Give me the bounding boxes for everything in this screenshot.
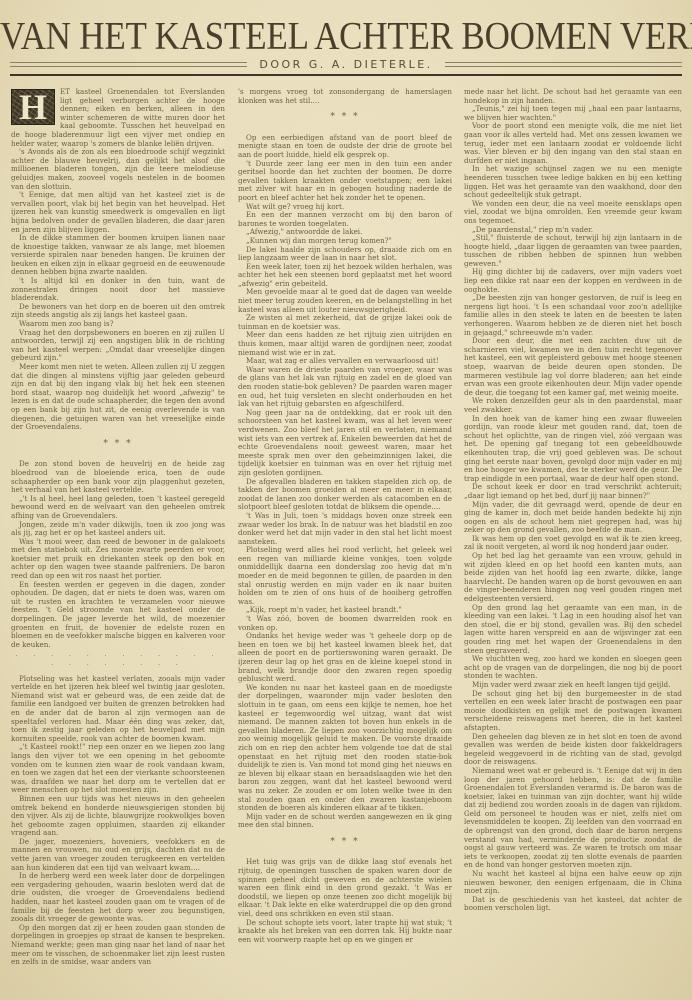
text-column-3: mede naar het licht. De schout had het g… [464, 88, 682, 913]
magazine-page: VAN HET KASTEEL ACHTER BOOMEN VERBORGEN.… [0, 0, 692, 1000]
paragraph: Op den grond lag het geraamte van een ma… [464, 604, 682, 656]
paragraph: In de dikke stammen der boomen kruipen l… [11, 234, 225, 277]
paragraph: Op den morgen dat zij er heen zouden gaa… [11, 924, 225, 967]
section-break-asterisks: * * * [238, 113, 452, 122]
paragraph: Dat is de geschiedenis van het kasteel, … [464, 896, 682, 913]
paragraph: De schout schopte iets voort, later trap… [238, 919, 452, 945]
paragraph: Op een eerbiedigen afstand van de poort … [238, 134, 452, 160]
paragraph: 't Duurde zeer lang eer men in den tuin … [238, 160, 452, 203]
section-break-asterisks: * * * [238, 838, 452, 847]
paragraph: Nu wacht het kasteel al bijna een halve … [464, 870, 682, 896]
byline-row: DOOR G. A. DIETERLE. [10, 56, 682, 72]
paragraph: Binnen een uur tijds was het nieuws in d… [11, 795, 225, 838]
paragraph: Hij ging dichter bij de cadavers, over m… [464, 268, 682, 294]
paragraph: We konden nu naar het kasteel gaan en de… [238, 684, 452, 813]
paragraph: De lakei haalde zijn schouders op, draai… [238, 246, 452, 263]
paragraph: Jongen, zeide m'n vader dikwijls, toen i… [11, 521, 225, 538]
author-byline: DOOR G. A. DIETERLE. [247, 58, 444, 71]
paragraph: Mijn vader, die dit gevraagd werd, opend… [464, 501, 682, 535]
paragraph: Ondanks het hevige weder was 't geheele … [238, 632, 452, 684]
paragraph: En feesten werden er gegeven in die dage… [11, 581, 225, 650]
paragraph: Op het bed lag het geraamte van een vrou… [464, 552, 682, 604]
paragraph: Waar waren de drieste paarden van vroege… [238, 366, 452, 409]
paragraph: Den geheelen dag bleven ze in het slot e… [464, 733, 682, 767]
paragraph: „Stil," fluisterde de schout, terwijl hi… [464, 234, 682, 268]
paragraph: De schout keek er door en trad verschrik… [464, 483, 682, 500]
paragraph: Nog geen jaar na de ontdekking, dat er r… [238, 409, 452, 478]
paragraph: Plotseling was het kasteel verlaten, zoo… [11, 675, 225, 744]
section-break-asterisks: * * * [11, 440, 225, 449]
byline-rule-right [445, 62, 682, 67]
paragraph: „De beesten zijn van honger gestorven, d… [464, 294, 682, 337]
paragraph: Vraag het den dorpsbewoners en boeren en… [11, 329, 225, 363]
paragraph: De afgevallen bladeren en takken stapeld… [238, 478, 452, 512]
paragraph: We roken denzelfden geur als in den paar… [464, 397, 682, 414]
paragraph: En een der mannen verzocht om bij den ba… [238, 211, 452, 228]
paragraph: 't Is altijd kil en donker in den tuin, … [11, 277, 225, 303]
paragraph: De bewoners van het dorp en de boeren ui… [11, 303, 225, 320]
paragraph: 's morgens vroeg tot zonsondergang de ha… [238, 88, 452, 105]
paragraph: We vluchtten weg, zoo hard we konden en … [464, 655, 682, 681]
paragraph: De jager, moezeniers, hoveniers, veefokk… [11, 838, 225, 872]
paragraph: 't Was in Juli, toen 's middags boven on… [238, 512, 452, 546]
paragraph: Plotseling werd alles hel rood verlicht,… [238, 546, 452, 606]
paragraph: 't Was zóó, boven de boomen dwarrelden r… [238, 615, 452, 632]
paragraph: „'t Is al heel, heel lang geleden, toen … [11, 495, 225, 521]
paragraph: Ze wisten al met zekerheid, dat de grijz… [238, 314, 452, 331]
paragraph: Een week later, toen zij het bezoek wild… [238, 263, 452, 289]
header-divider [10, 74, 682, 76]
text-column-2: 's morgens vroeg tot zonsondergang de ha… [238, 88, 452, 944]
paragraph: In de herberg werd een week later door d… [11, 872, 225, 924]
paragraph: De zon stond boven de heuvelrij en de he… [11, 460, 225, 494]
paragraph: Het tuig was grijs van de dikke laag sto… [238, 858, 452, 918]
paragraph: Men gevoelde maar al te goed dat de dage… [238, 288, 452, 314]
paragraph: „'t Kasteel rookt!" riep een onzer en we… [11, 743, 225, 795]
paragraph: mede naar het licht. De schout had het g… [464, 88, 682, 105]
paragraph: Meer komt men niet te weten. Alleen zull… [11, 363, 225, 432]
paragraph: We vonden een deur, die na veel moeite e… [464, 200, 682, 226]
paragraph: 's Avonds als de zon als een bloedroode … [11, 148, 225, 191]
section-break-dots: . . . . . . . . . . . . . . . . . . . . [11, 651, 225, 668]
paragraph: HET kasteel Groenendalen tot Everslanden… [11, 88, 225, 148]
dropcap-letter: H [12, 88, 54, 126]
paragraph: 't Eenige, dat men altijd van het kastee… [11, 191, 225, 234]
paragraph: „Teunis," zei hij toen tegen mij „haal e… [464, 105, 682, 122]
paragraph: Was 't mooi weer, dan reed de bewoner in… [11, 538, 225, 581]
paragraph: In den hoek van de kamer hing een zwaar … [464, 415, 682, 484]
paragraph: Voor de poort stond een menigte volk, di… [464, 122, 682, 165]
paragraph: De schout ging het bij den burgemeester … [464, 690, 682, 733]
text-column-1: HET kasteel Groenendalen tot Everslanden… [11, 88, 225, 967]
byline-rule-left [10, 62, 247, 67]
paragraph: Meer dan eens hadden ze het rijtuig zien… [238, 331, 452, 357]
paragraph: Door een deur, die met een zachten duw u… [464, 337, 682, 397]
paragraph: Ik was hem op den voet gevolgd en wat ik… [464, 535, 682, 552]
article-title: VAN HET KASTEEL ACHTER BOOMEN VERBORGEN. [0, 14, 692, 59]
paragraph: Mijn vader en de schout werden aangeweze… [238, 813, 452, 830]
paragraph: Niemand weet wat er gebeurd is. 't Eenig… [464, 767, 682, 870]
illuminated-dropcap: H [11, 89, 55, 125]
paragraph: In het wazige schijnsel zagen we nu een … [464, 165, 682, 199]
